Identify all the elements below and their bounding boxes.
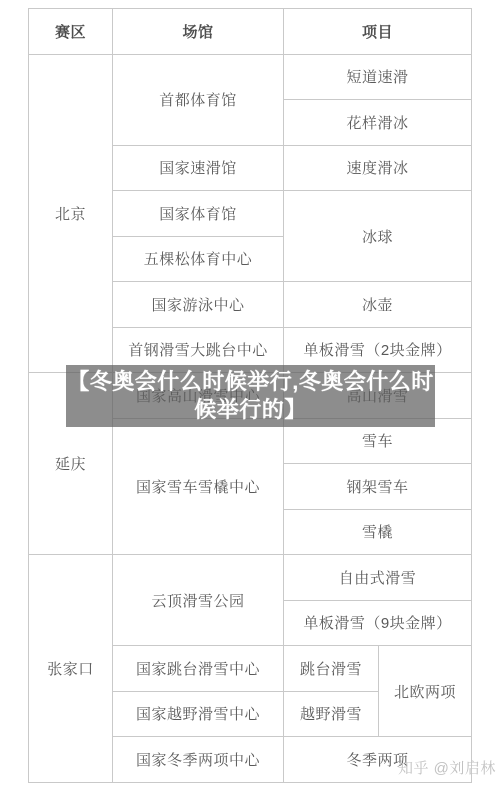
venue-cell: 国家冬季两项中心 xyxy=(113,737,284,783)
venue-cell: 国家速滑馆 xyxy=(113,145,284,191)
header-zone: 赛区 xyxy=(29,9,113,55)
venue-cell: 国家跳台滑雪中心 xyxy=(113,646,284,692)
venue-cell: 国家体育馆 xyxy=(113,191,284,237)
table-row: 北京 首都体育馆 短道速滑 xyxy=(29,54,472,100)
header-row: 赛区 场馆 项目 xyxy=(29,9,472,55)
event-cell: 短道速滑 xyxy=(284,54,472,100)
event-cell: 越野滑雪 xyxy=(284,691,379,737)
venue-cell: 首都体育馆 xyxy=(113,54,284,145)
venue-cell: 国家游泳中心 xyxy=(113,282,284,328)
event-cell: 单板滑雪（9块金牌） xyxy=(284,600,472,646)
table-row: 张家口 云顶滑雪公园 自由式滑雪 xyxy=(29,555,472,601)
event-cell-nordic-combined: 北欧两项 xyxy=(379,646,472,737)
zone-cell-zhangjiakou: 张家口 xyxy=(29,555,113,783)
watermark-overlay-line2: 候举行的】 xyxy=(194,396,307,424)
event-cell: 雪橇 xyxy=(284,509,472,555)
watermark-overlay-banner: 【冬奥会什么时候举行,冬奥会什么时 候举行的】 xyxy=(66,365,435,427)
event-cell: 速度滑冰 xyxy=(284,145,472,191)
event-cell: 冰壶 xyxy=(284,282,472,328)
event-cell: 跳台滑雪 xyxy=(284,646,379,692)
header-venue: 场馆 xyxy=(113,9,284,55)
venue-cell: 五棵松体育中心 xyxy=(113,236,284,282)
venue-cell: 云顶滑雪公园 xyxy=(113,555,284,646)
event-cell: 冰球 xyxy=(284,191,472,282)
event-cell: 自由式滑雪 xyxy=(284,555,472,601)
event-cell: 钢架雪车 xyxy=(284,464,472,510)
event-cell: 花样滑冰 xyxy=(284,100,472,146)
zhihu-author-watermark: 知乎 @刘启林 xyxy=(398,757,496,778)
zone-cell-beijing: 北京 xyxy=(29,54,113,373)
watermark-overlay-line1: 【冬奥会什么时候举行,冬奥会什么时 xyxy=(67,368,434,396)
venue-cell: 国家雪车雪橇中心 xyxy=(113,418,284,555)
venue-cell: 国家越野滑雪中心 xyxy=(113,691,284,737)
header-event: 项目 xyxy=(284,9,472,55)
